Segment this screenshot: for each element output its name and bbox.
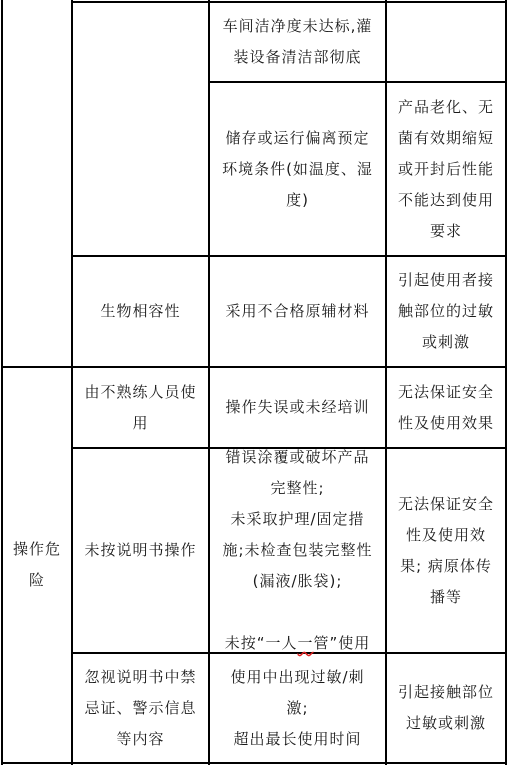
hazard-text: 由不熟练人员使 用 <box>84 377 196 439</box>
table-cell-hazard: 未按说明书操作 <box>73 449 208 652</box>
hazard-text: 忽视说明书中禁 忌证、警示信息 等内容 <box>84 662 196 755</box>
consequence-text: 产品老化、无 菌有效期缩短 或开封后性能 不能达到使用 要求 <box>398 92 494 247</box>
cause-line: 未采取护理/固定措 <box>230 504 364 535</box>
consequence-text: 引起接触部位 过敏或刺激 <box>398 677 494 739</box>
table-cell-cause: 采用不合格原辅材料 <box>210 257 385 366</box>
hazard-text: 未按说明书操作 <box>84 535 196 566</box>
table-cell-hazard: 由不熟练人员使 用 <box>73 368 208 447</box>
table-cell-consequence: 无法保证安全 性及使用效果 <box>387 368 505 447</box>
table-cell-cause: 储存或运行偏离预定 环境条件(如温度、湿 度) <box>210 83 385 255</box>
cause-line: 完整性; <box>270 473 324 504</box>
cause-last-prefix: 未按“一人 <box>225 634 298 652</box>
cause-text: 车间洁净度未达标,灌 装设备清洁部彻底 <box>223 11 373 73</box>
table-cell-cause: 使用中出现过敏/刺 激; 超出最长使用时间 <box>210 654 385 762</box>
table-cell-consequence: 引起接触部位 过敏或刺激 <box>387 654 505 762</box>
cause-text: 使用中出现过敏/刺 激; 超出最长使用时间 <box>230 662 364 755</box>
cause-last-suffix: 管”使用 <box>314 634 371 652</box>
table-cell-hazard: 生物相容性 <box>73 257 208 366</box>
spellcheck-marked-text: 一 <box>297 634 313 652</box>
table-cell-cause: 错误涂覆或破坏产品 完整性; 未采取护理/固定措 施;未检查包装完整性 (漏液/… <box>210 449 385 652</box>
table-cell-cause: 车间洁净度未达标,灌 装设备清洁部彻底 <box>210 3 385 81</box>
consequence-text: 引起使用者接 触部位的过敏 或刺激 <box>398 265 494 358</box>
table-cell-cause: 操作失误或未经培训 <box>210 368 385 447</box>
cause-line-last: 未按“一人一管”使用 <box>225 597 371 659</box>
table-cell-category: 操作危 险 <box>3 368 71 762</box>
cause-text: 采用不合格原辅材料 <box>225 296 369 327</box>
cause-text: 储存或运行偏离预定 环境条件(如温度、湿 度) <box>222 123 373 216</box>
table-cell-consequence: 产品老化、无 菌有效期缩短 或开封后性能 不能达到使用 要求 <box>387 83 505 255</box>
consequence-text: 无法保证安全 性及使用效果 <box>398 377 494 439</box>
hazard-text: 生物相容性 <box>100 296 180 327</box>
table-cell-consequence: 无法保证安全 性及使用效 果; 病原体传 播等 <box>387 449 505 652</box>
table-border-right <box>505 0 507 765</box>
cause-line: 错误涂覆或破坏产品 <box>225 442 369 473</box>
table-cell-hazard: 忽视说明书中禁 忌证、警示信息 等内容 <box>73 654 208 762</box>
cause-text: 操作失误或未经培训 <box>225 392 369 423</box>
table-border-bottom <box>1 762 507 764</box>
cause-line: (漏液/胀袋); <box>253 566 343 597</box>
category-text: 操作危 险 <box>13 534 61 596</box>
table-cell-consequence: 引起使用者接 触部位的过敏 或刺激 <box>387 257 505 366</box>
consequence-text: 无法保证安全 性及使用效 果; 病原体传 播等 <box>398 489 494 613</box>
cause-line: 施;未检查包装完整性 <box>222 535 372 566</box>
